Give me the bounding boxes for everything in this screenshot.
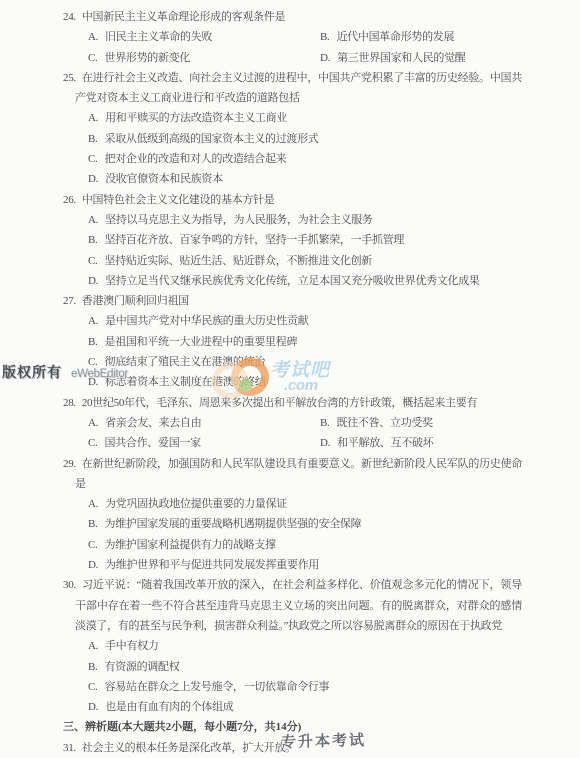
option-label: D. [320,52,330,64]
option-a: A.坚持以马克思主义为指导，为人民服务，为社会主义服务 [88,210,540,230]
question-29: 29.在新世纪新阶段，加强国防和人民军队建设具有重要意义。新世纪新阶段人民军队的… [0,454,580,576]
option-b: B.采取从低级到高级的国家资本主义的过渡形式 [88,129,540,149]
question-30: 30.习近平说：“随着我国改革开放的深入，在社会利益多样化、价值观念多元化的情况… [0,575,580,717]
option-a: A.省亲会友、来去自由 [88,413,320,433]
option-text: 坚持百花齐放、百家争鸣的方针，坚持一手抓繁荣，一手抓管理 [105,234,405,246]
question-28: 28.20世纪50年代，毛泽东、周恩来多次提出和平解放台湾的方针政策，概括起来主… [0,393,580,454]
option-label: D. [88,173,98,185]
option-text: 为党巩固执政地位提供重要的力量保证 [105,498,287,510]
option-label: A. [88,315,98,327]
logo-dot-icon [239,379,252,392]
option-label: C. [88,153,98,165]
option-text: 坚持贴近实际、贴近生活、贴近群众，不断推进文化创新 [105,255,373,267]
option-a: A.手中有权力 [88,636,540,656]
logo-domain: .com [284,377,318,394]
option-label: C. [88,52,98,64]
option-c: C.坚持贴近实际、贴近生活、贴近群众，不断推进文化创新 [88,251,540,271]
copyright-label: 版权所有 [2,364,62,380]
question-stem: 30.习近平说：“随着我国改革开放的深入，在社会利益多样化、价值观念多元化的情况… [75,575,522,636]
question-text: 香港澳门顺利回归祖国 [82,295,189,307]
option-label: C. [88,539,98,551]
question-stem: 26.中国特色社会主义文化建设的基本方针是 [75,190,522,210]
option-b: B.既往不咎、立功受奖 [320,413,540,433]
option-c: C.世界形势的新变化 [88,48,320,68]
option-text: 把对企业的改造和对人的改造结合起来 [105,153,287,165]
option-b: B.有资源的调配权 [88,657,540,677]
option-text: 是中国共产党对中华民族的重大历史性贡献 [105,315,308,327]
option-d: D.坚持立足当代又继承民族优秀文化传统，立足本国又充分吸收世界优秀文化成果 [88,271,540,291]
options: A.用和平赎买的方法改造资本主义工商业 B.采取从低级到高级的国家资本主义的过渡… [88,108,540,189]
option-text: 手中有权力 [105,640,159,652]
option-a: A.是中国共产党对中华民族的重大历史性贡献 [88,311,540,331]
options: A.坚持以马克思主义为指导，为人民服务，为社会主义服务 B.坚持百花齐放、百家争… [88,210,540,291]
option-text: 近代中国革命形势的发展 [337,31,455,43]
question-text: 社会主义的根本任务是深化改革，扩大开放。 [82,742,296,754]
option-text: 世界形势的新变化 [105,52,191,64]
option-label: A. [88,640,98,652]
exam-page: { "page": { "background": "#fbfbfa", "te… [0,0,580,758]
question-text: 中国新民主主义革命理论形成的客观条件是 [82,11,285,23]
option-label: D. [320,437,330,449]
option-a: A.用和平赎买的方法改造资本主义工商业 [88,108,540,128]
options: A.为党巩固执政地位提供重要的力量保证 B.为维护国家发展的重要战略机遇期提供坚… [88,494,540,575]
question-stem: 29.在新世纪新阶段，加强国防和人民军队建设具有重要意义。新世纪新阶段人民军队的… [75,454,522,495]
option-c: C.为维护国家利益提供有力的战略支撑 [88,535,540,555]
question-number: 24. [63,11,76,23]
option-label: A. [88,498,98,510]
option-label: A. [88,214,98,226]
option-d: D.为维护世界和平与促进共同发展发挥重要作用 [88,555,540,575]
option-label: D. [88,275,98,287]
option-text: 既往不咎、立功受奖 [337,417,433,429]
option-d: D.没收官僚资本和民族资本 [88,169,540,189]
option-d: D.和平解放、互不破坏 [320,433,540,453]
question-24: 24.中国新民主主义革命理论形成的客观条件是 A.旧民主主义革命的失败 B.近代… [0,7,580,68]
options: A.旧民主主义革命的失败 B.近代中国革命形势的发展 C.世界形势的新变化 D.… [88,27,540,68]
option-c: C.把对企业的改造和对人的改造结合起来 [88,149,540,169]
option-text: 为维护世界和平与促进共同发展发挥重要作用 [105,559,319,571]
question-number: 25. [63,72,76,84]
option-label: B. [320,417,330,429]
option-text: 坚持以马克思主义为指导，为人民服务，为社会主义服务 [105,214,373,226]
question-number: 31. [63,742,76,754]
option-text: 采取从低级到高级的国家资本主义的过渡形式 [105,133,319,145]
option-label: D. [88,701,98,713]
option-label: C. [88,255,98,267]
option-a: A.旧民主主义革命的失败 [88,27,320,47]
question-26: 26.中国特色社会主义文化建设的基本方针是 A.坚持以马克思主义为指导，为人民服… [0,190,580,291]
logo-swirl-icon [231,358,269,396]
question-25: 25.在进行社会主义改造、向社会主义过渡的进程中，中国共产党积累了丰富的历史经验… [0,68,580,190]
option-b: B.是祖国和平统一大业进程中的重要里程碑 [88,332,540,352]
option-text: 为维护国家发展的重要战略机遇期提供坚强的安全保障 [105,518,362,530]
option-label: B. [88,661,98,673]
option-d: D.第三世界国家和人民的觉醒 [320,48,540,68]
exam8-logo-watermark: 考试吧 .com [212,355,342,401]
option-text: 是祖国和平统一大业进程中的重要里程碑 [105,336,298,348]
option-c: C.国共合作、爱国一家 [88,433,320,453]
option-label: C. [88,437,98,449]
option-label: D. [88,559,98,571]
question-number: 28. [63,397,76,409]
question-text: 中国特色社会主义文化建设的基本方针是 [82,194,275,206]
option-label: A. [88,417,98,429]
question-text: 在新世纪新阶段，加强国防和人民军队建设具有重要意义。新世纪新阶段人民军队的历史使… [75,458,522,490]
option-text: 国共合作、爱国一家 [105,437,201,449]
option-label: B. [88,518,98,530]
option-text: 用和平赎买的方法改造资本主义工商业 [105,112,287,124]
question-stem: 27.香港澳门顺利回归祖国 [75,291,522,311]
option-text: 为维护国家利益提供有力的战略支撑 [105,539,276,551]
option-c: C.容易站在群众之上发号施令，一切依靠命令行事 [88,677,540,697]
question-number: 26. [63,194,76,206]
option-label: C. [88,681,98,693]
option-text: 容易站在群众之上发号施令，一切依靠命令行事 [105,681,330,693]
copyright-watermark: 版权所有eWebEditor [2,362,128,382]
option-label: A. [88,31,98,43]
question-text: 习近平说：“随着我国改革开放的深入，在社会利益多样化、价值观念多元化的情况下，领… [75,579,522,632]
option-label: B. [88,133,98,145]
option-text: 坚持立足当代又继承民族优秀文化传统，立足本国又充分吸收世界优秀文化成果 [105,275,480,287]
question-stem: 24.中国新民主主义革命理论形成的客观条件是 [75,7,522,27]
option-text: 有资源的调配权 [105,661,180,673]
option-b: B.坚持百花齐放、百家争鸣的方针，坚持一手抓繁荣，一手抓管理 [88,230,540,250]
question-text: 在进行社会主义改造、向社会主义过渡的进程中，中国共产党积累了丰富的历史经验。中国… [75,72,522,104]
option-a: A.为党巩固执政地位提供重要的力量保证 [88,494,540,514]
question-number: 30. [63,579,76,591]
option-b: B.近代中国革命形势的发展 [320,27,540,47]
option-text: 旧民主主义革命的失败 [105,31,212,43]
question-number: 27. [63,295,76,307]
option-d: D.也是由有血有肉的个体组成 [88,697,540,717]
option-text: 和平解放、互不破坏 [337,437,433,449]
option-label: B. [320,31,330,43]
option-label: B. [88,234,98,246]
options: A.手中有权力 B.有资源的调配权 C.容易站在群众之上发号施令，一切依靠命令行… [88,636,540,717]
option-label: A. [88,112,98,124]
option-text: 没收官僚资本和民族资本 [105,173,223,185]
option-label: B. [88,336,98,348]
exam-type-watermark: 专升本考试 [281,729,367,752]
question-number: 29. [63,458,76,470]
options: A.省亲会友、来去自由 B.既往不咎、立功受奖 C.国共合作、爱国一家 D.和平… [88,413,540,454]
question-stem: 25.在进行社会主义改造、向社会主义过渡的进程中，中国共产党积累了丰富的历史经验… [75,68,522,109]
option-text: 省亲会友、来去自由 [105,417,201,429]
option-text: 第三世界国家和人民的觉醒 [337,52,465,64]
option-b: B.为维护国家发展的重要战略机遇期提供坚强的安全保障 [88,514,540,534]
editor-label: eWebEditor [71,368,128,380]
option-text: 也是由有血有肉的个体组成 [105,701,233,713]
